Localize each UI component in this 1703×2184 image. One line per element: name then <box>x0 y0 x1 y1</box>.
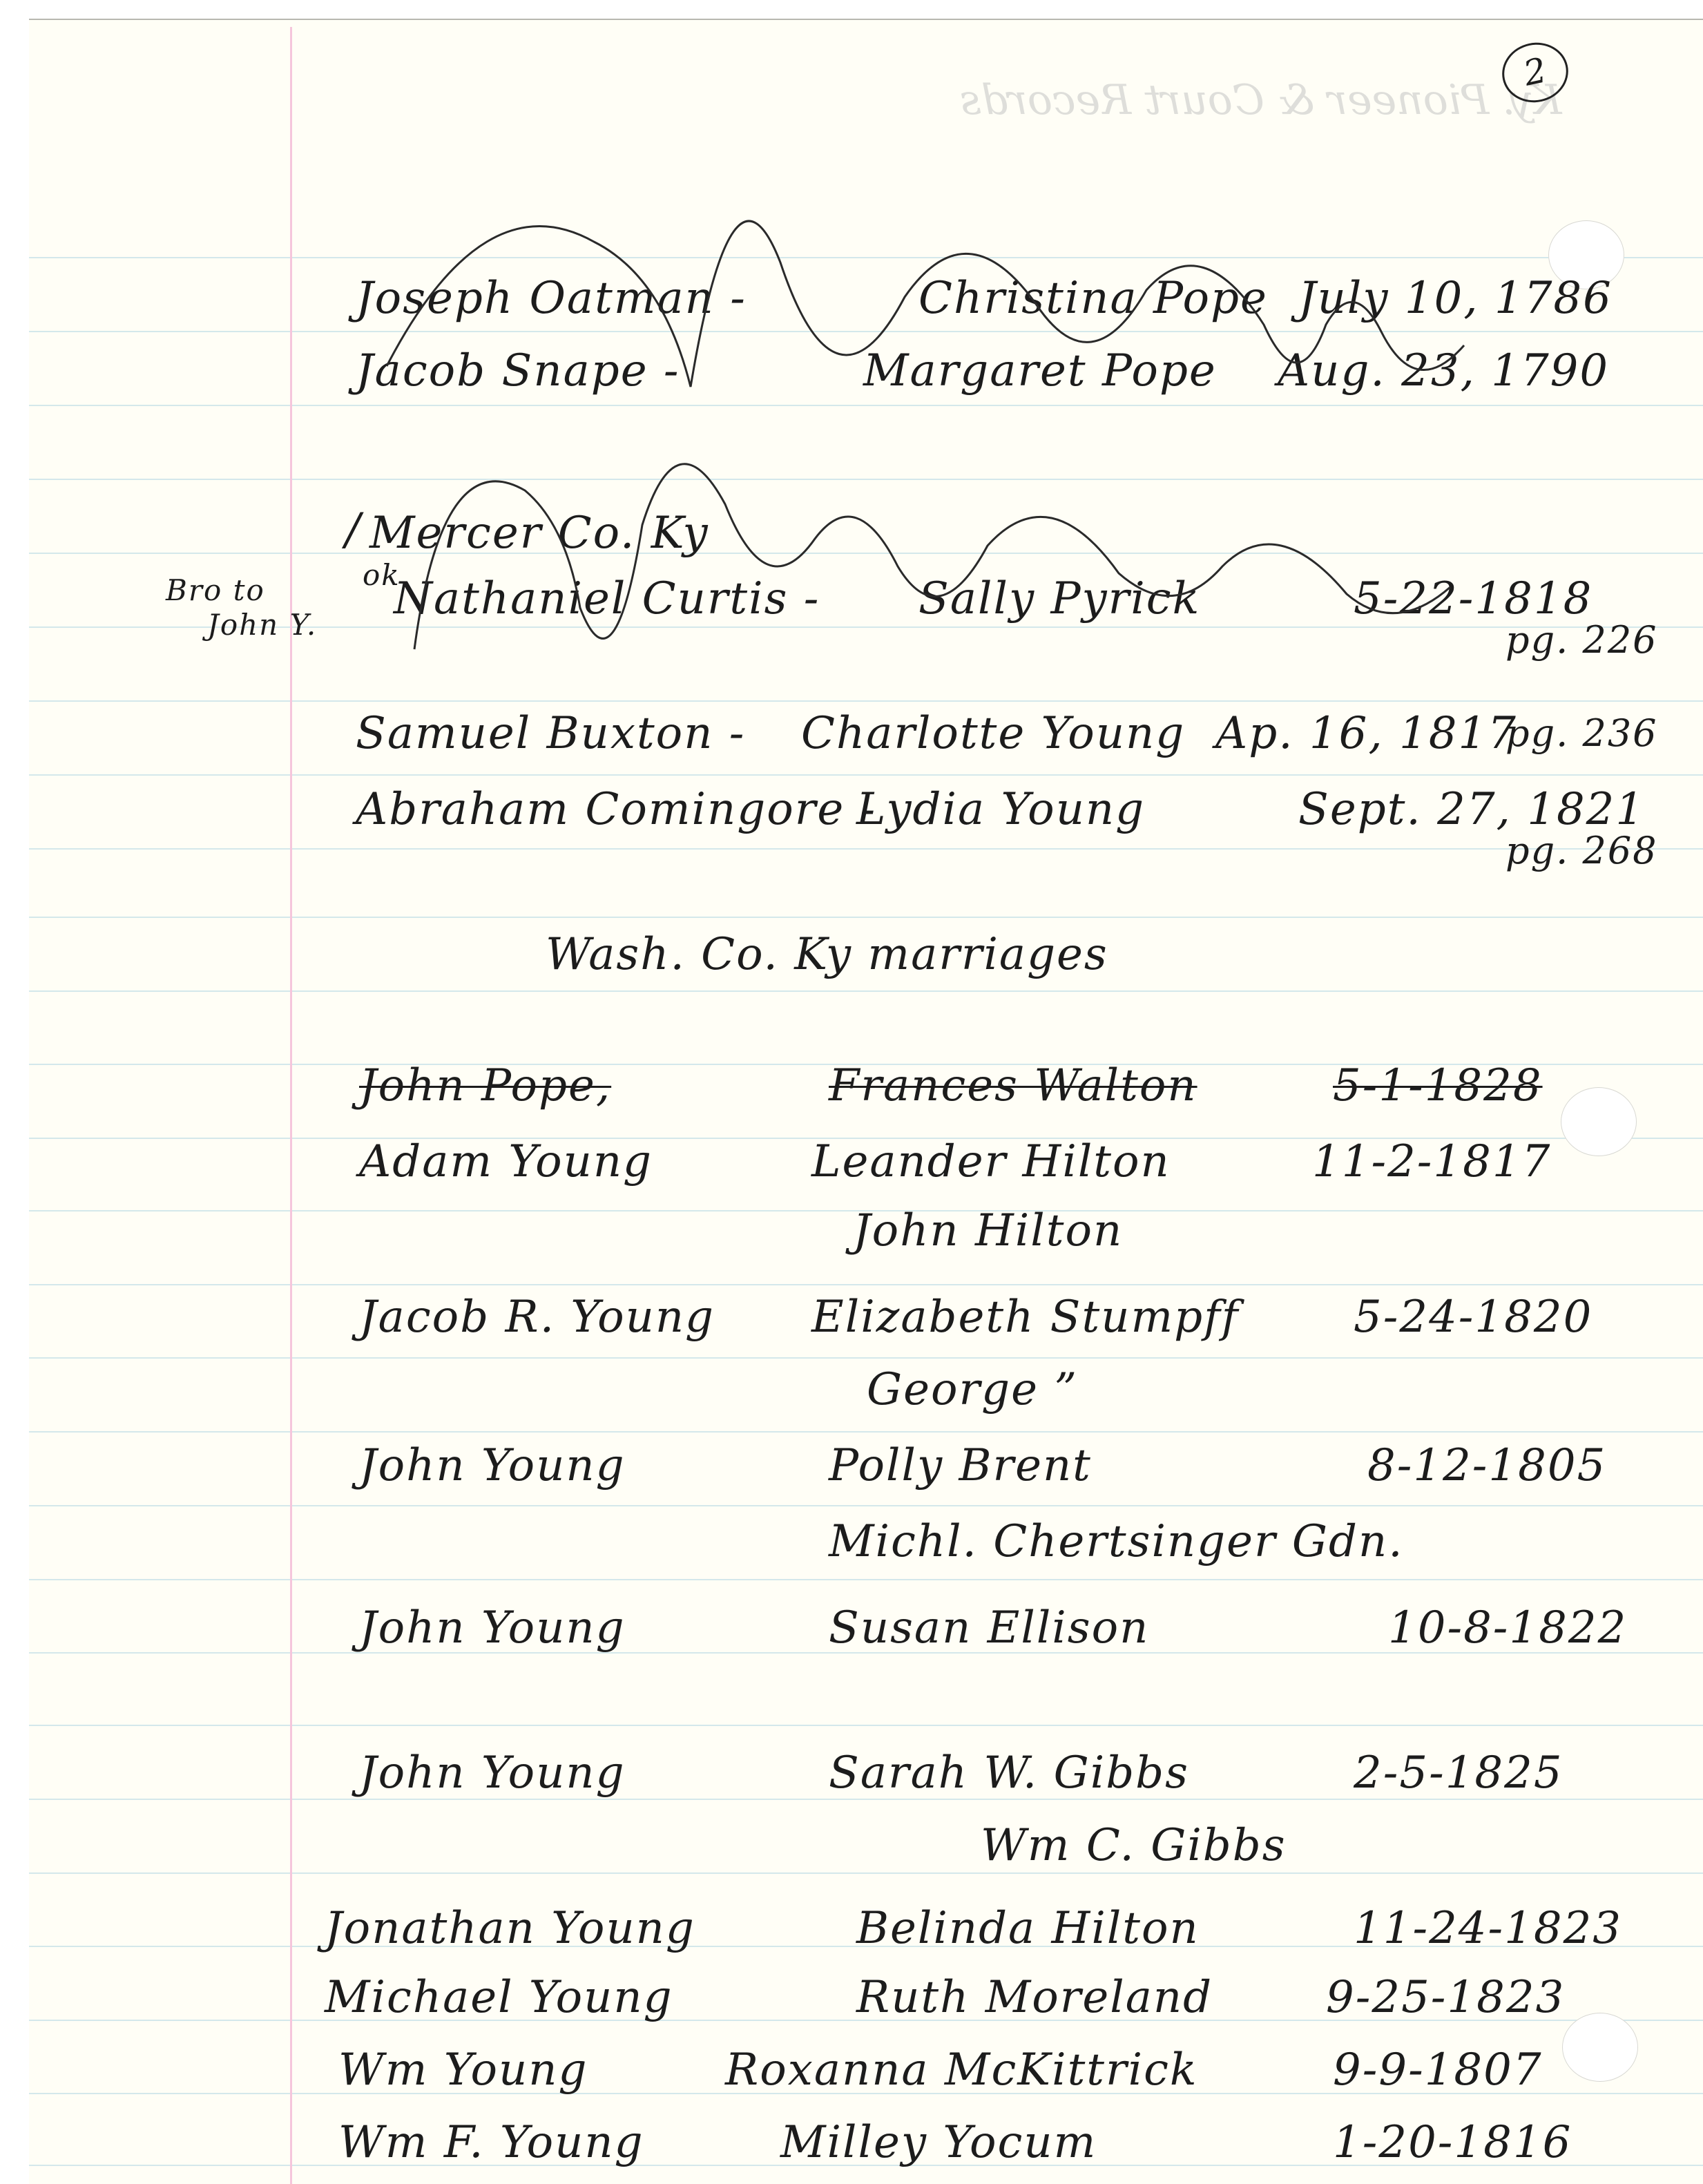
punch-hole <box>1562 2013 1638 2082</box>
witness-name: Wm C. Gibbs <box>981 1820 1287 1871</box>
rule-line <box>29 1505 1703 1506</box>
rule-line <box>29 1579 1703 1580</box>
marriage-date: Aug. 23, 1790 <box>1278 345 1609 396</box>
heading-check: / <box>345 504 362 555</box>
marriage-date: 9-25-1823 <box>1326 1972 1565 2023</box>
bride-name: Belinda Hilton <box>856 1903 1200 1954</box>
margin-note-line: John Y. <box>207 608 317 642</box>
rule-line <box>29 405 1703 406</box>
groom-name: Jonathan Young <box>325 1903 695 1954</box>
bleed-through-text: Ky. Pioneer & Court Records <box>960 76 1561 124</box>
groom-name: Joseph Oatman - <box>356 273 747 324</box>
rule-line <box>29 331 1703 332</box>
section-heading: Wash. Co. Ky marriages <box>546 929 1108 980</box>
bride-name: Susan Ellison <box>829 1602 1149 1654</box>
marriage-date: 8-12-1805 <box>1367 1440 1606 1491</box>
witness-name: George ” <box>867 1364 1078 1415</box>
marriage-date: 5-22-1818 <box>1354 573 1593 624</box>
marriage-date: Ap. 16, 1817 <box>1215 708 1517 759</box>
page-ref: pg. 268 <box>1505 829 1658 872</box>
section-heading: Mercer Co. Ky <box>369 508 709 559</box>
margin-note-line: Bro to <box>166 573 265 607</box>
rule-line <box>29 774 1703 776</box>
rule-line <box>29 917 1703 918</box>
marriage-date: 2-5-1825 <box>1354 1747 1564 1799</box>
rule-line <box>29 1799 1703 1800</box>
bride-name: Milley Yocum <box>780 2117 1097 2168</box>
rule-line <box>29 848 1703 850</box>
margin-line <box>290 27 292 2184</box>
marriage-date: 11-2-1817 <box>1312 1136 1551 1187</box>
bride-name: Sarah W. Gibbs <box>829 1747 1189 1799</box>
groom-name: Nathaniel Curtis - <box>394 573 820 624</box>
bride-name: Leander Hilton <box>811 1136 1171 1187</box>
bride-name: Polly Brent <box>829 1440 1092 1491</box>
rule-line <box>29 990 1703 992</box>
page-ref: pg. 226 <box>1505 618 1658 662</box>
groom-name: John Young <box>359 1747 626 1799</box>
bride-name: Margaret Pope <box>863 345 1217 396</box>
marriage-date: July 10, 1786 <box>1298 273 1613 324</box>
groom-name: Wm F. Young <box>338 2117 644 2168</box>
groom-name: John Young <box>359 1440 626 1491</box>
punch-hole <box>1561 1087 1637 1156</box>
marriage-date: 11-24-1823 <box>1354 1903 1622 1954</box>
page-ref: pg. 236 <box>1505 711 1658 755</box>
bride-name: Lydia Young <box>856 784 1145 835</box>
bride-name: Roxanna McKittrick <box>725 2044 1198 2096</box>
bride-name: Frances Walton <box>829 1060 1197 1111</box>
groom-name: John Pope, <box>359 1060 611 1111</box>
bride-name: Sally Pyrick <box>918 573 1200 624</box>
groom-name: Jacob R. Young <box>359 1292 715 1343</box>
witness-name: Michl. Chertsinger Gdn. <box>829 1516 1404 1567</box>
marriage-date: 1-20-1816 <box>1333 2117 1572 2168</box>
bride-name: Elizabeth Stumpff <box>811 1292 1239 1343</box>
rule-line <box>29 1431 1703 1433</box>
bride-name: Charlotte Young <box>801 708 1185 759</box>
rule-line <box>29 700 1703 702</box>
marriage-date: Sept. 27, 1821 <box>1298 784 1645 835</box>
groom-name: Michael Young <box>325 1972 673 2023</box>
marriage-date: 5-1-1828 <box>1333 1060 1543 1111</box>
rule-line <box>29 479 1703 480</box>
rule-line <box>29 553 1703 554</box>
groom-name: Samuel Buxton - <box>356 708 745 759</box>
rule-line <box>29 1725 1703 1726</box>
groom-name: Abraham Comingore - <box>356 784 876 835</box>
marriage-date: 9-9-1807 <box>1333 2044 1543 2096</box>
groom-name: John Young <box>359 1602 626 1654</box>
marriage-date: 10-8-1822 <box>1388 1602 1627 1654</box>
rule-line <box>29 1872 1703 1874</box>
groom-name: Adam Young <box>359 1136 653 1187</box>
witness-name: John Hilton <box>853 1205 1123 1256</box>
groom-name: Wm Young <box>338 2044 588 2096</box>
groom-name: Jacob Snape - <box>356 345 680 396</box>
rule-line <box>29 1284 1703 1285</box>
rule-line <box>29 257 1703 258</box>
bride-name: Christina Pope <box>918 273 1268 324</box>
rule-line <box>29 1357 1703 1359</box>
bride-name: Ruth Moreland <box>856 1972 1213 2023</box>
marriage-date: 5-24-1820 <box>1354 1292 1593 1343</box>
